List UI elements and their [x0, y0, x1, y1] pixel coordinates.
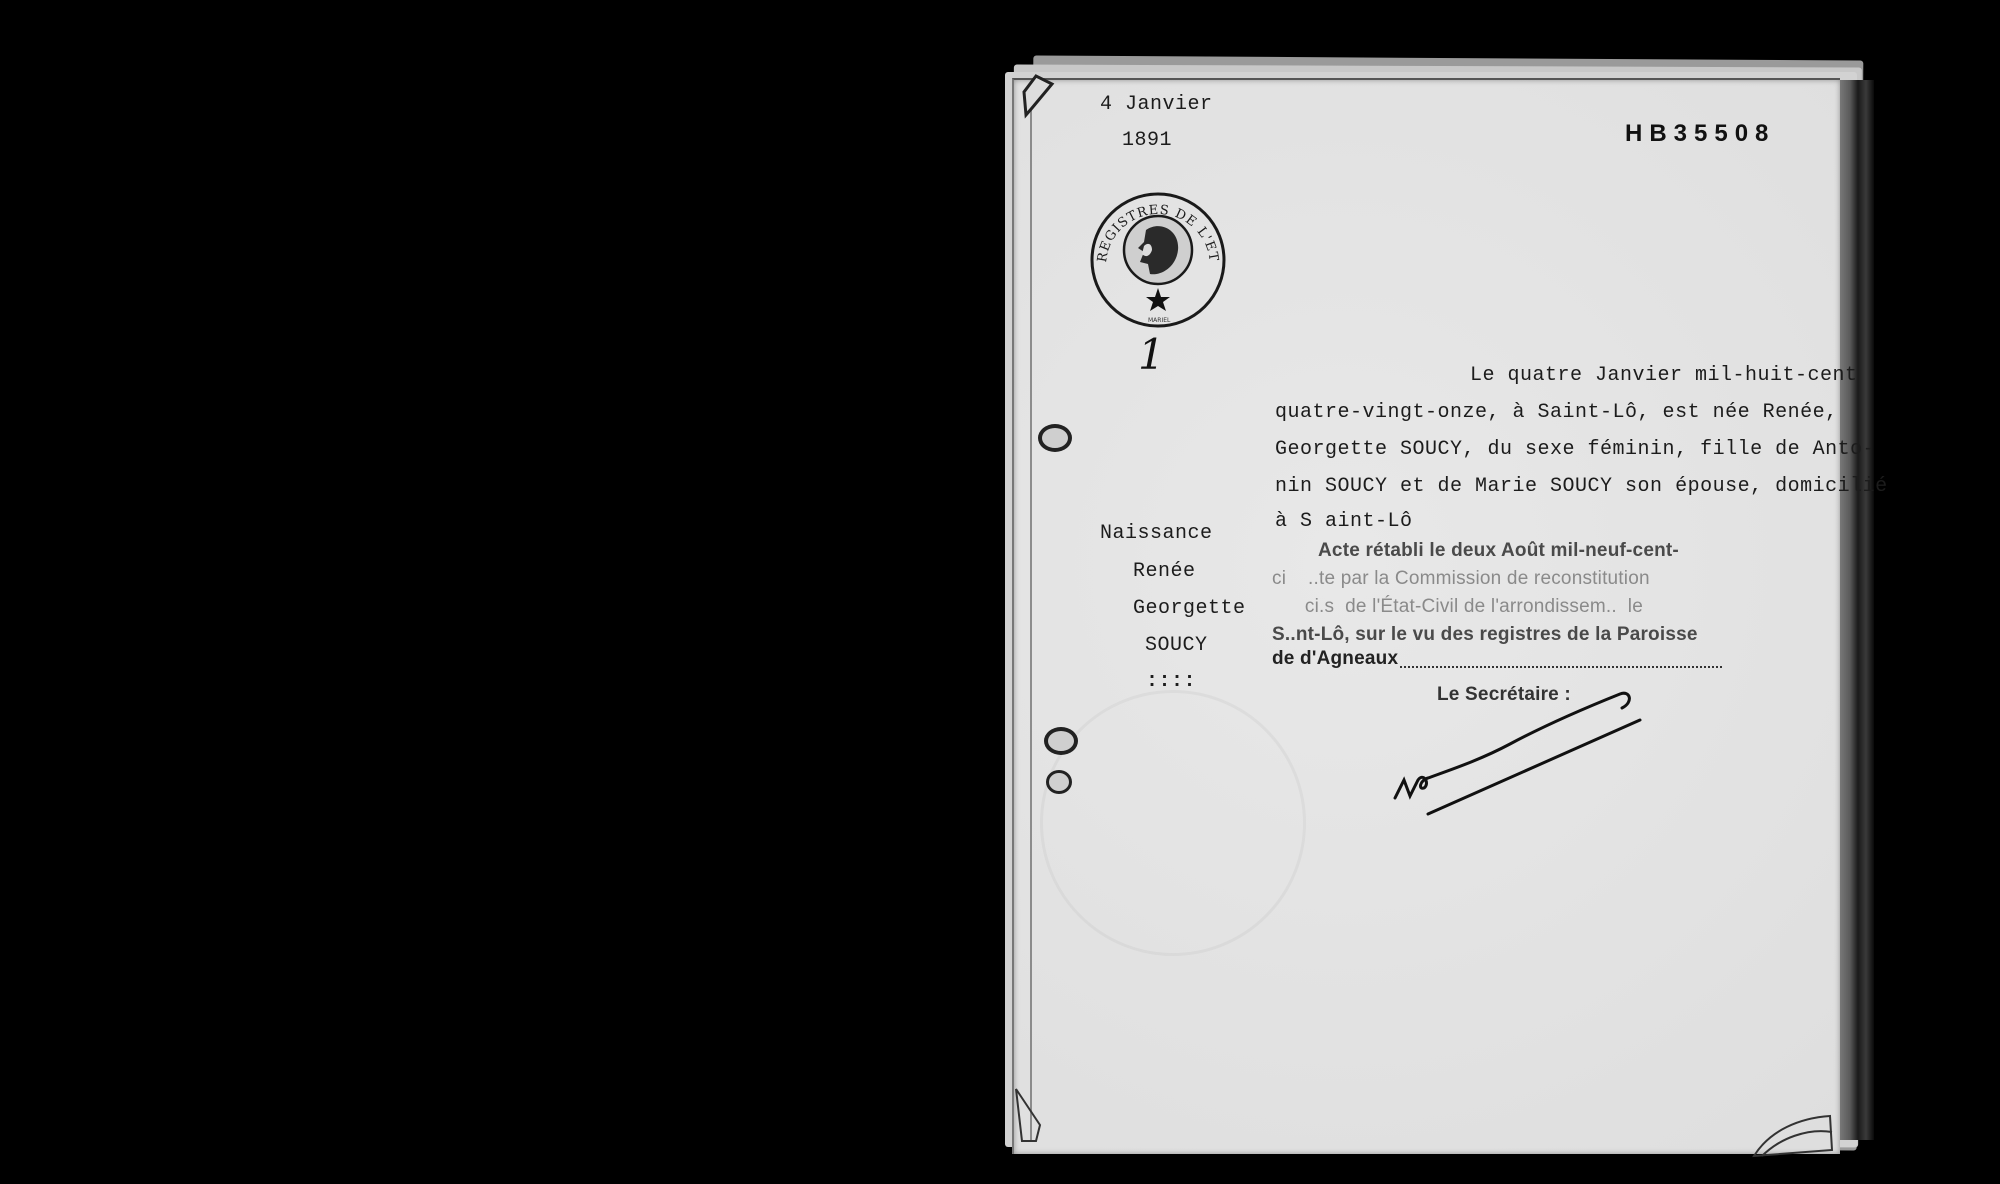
record-year: 1891: [1122, 129, 1172, 152]
civil-registry-seal-icon: REGISTRES DE L'ETAT CIVIL MARIEL: [1088, 188, 1228, 328]
body-line: à S aint-Lô: [1275, 510, 1413, 533]
body-line: Le quatre Janvier mil-huit-cent: [1470, 364, 1858, 387]
record-date: 4 Janvier: [1100, 93, 1213, 116]
margin-title: Naissance: [1100, 522, 1213, 545]
torn-corner-icon: [1018, 70, 1058, 120]
dotted-rule: [1400, 666, 1722, 668]
body-line: nin SOUCY et de Marie SOUCY son épouse, …: [1275, 475, 1888, 498]
binder-hole-icon: [1038, 424, 1072, 452]
margin-separator: ::::: [1146, 670, 1196, 693]
body-line: quatre-vingt-onze, à Saint-Lô, est née R…: [1275, 401, 1838, 424]
restoration-line: S..nt-Lô, sur le vu des registres de la …: [1272, 624, 1698, 646]
svg-text:MARIEL: MARIEL: [1148, 317, 1171, 324]
margin-first-name: Renée: [1133, 560, 1196, 583]
margin-middle-name: Georgette: [1133, 597, 1246, 620]
page-stack-edge: [1834, 80, 1874, 1140]
corner-fold-icon: [1010, 1085, 1050, 1145]
page-fold-line: [1030, 82, 1032, 1142]
body-line: Georgette SOUCY, du sexe féminin, fille …: [1275, 438, 1875, 461]
faded-stamp-watermark: [1040, 690, 1306, 956]
restoration-line: Acte rétabli le deux Août mil-neuf-cent-: [1318, 540, 1679, 562]
handwritten-signature-icon: [1390, 680, 1650, 820]
binder-hole-icon: [1046, 770, 1072, 794]
restoration-line: de d'Agneaux: [1272, 648, 1398, 670]
binder-hole-icon: [1044, 727, 1078, 755]
corner-fold-icon: [1750, 1110, 1840, 1160]
act-number: 1: [1138, 330, 1165, 379]
margin-surname: SOUCY: [1145, 634, 1208, 657]
reference-number: HB35508: [1625, 120, 1775, 148]
restoration-line: ci ..te par la Commission de reconstitut…: [1272, 568, 1650, 590]
restoration-line: ci.s de l'État-Civil de l'arrondissem.. …: [1272, 596, 1643, 618]
